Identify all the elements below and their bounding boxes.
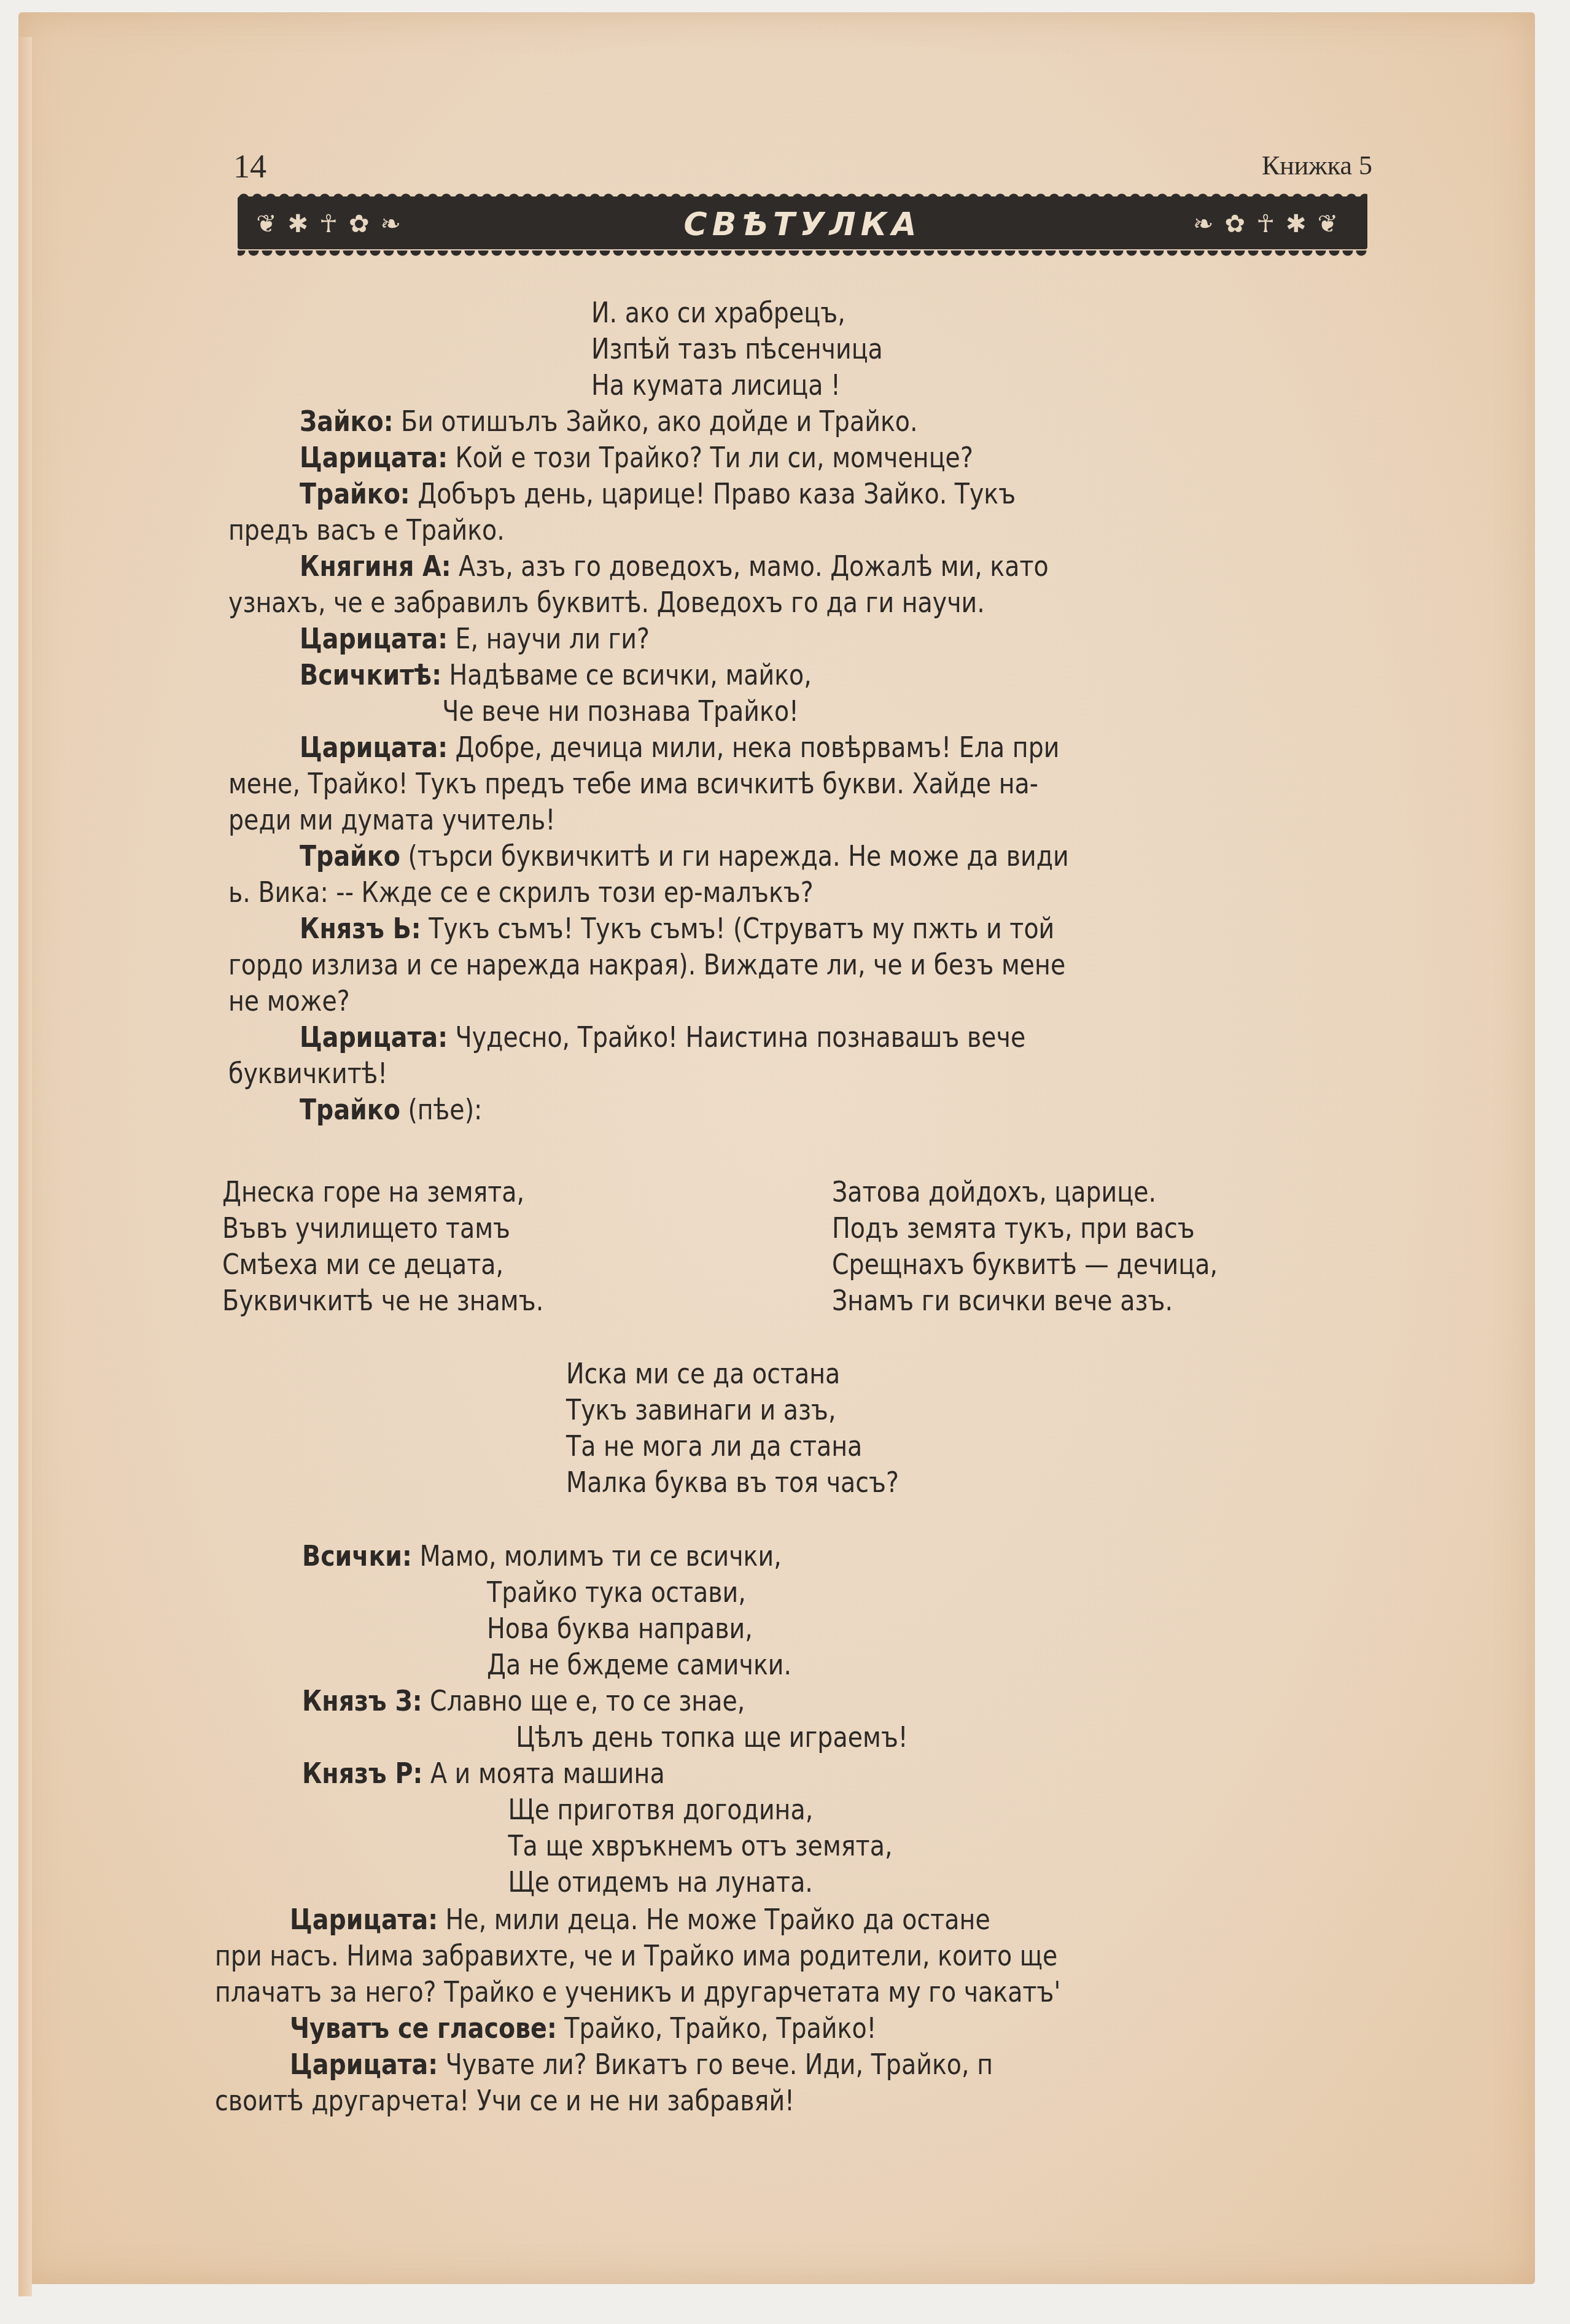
dialogue-line: Князъ Ь: Тукъ съмъ! Тукъ съмъ! (Струватъ… xyxy=(228,911,1069,947)
dialogue-line: Царицата: Е, научи ли ги? xyxy=(228,621,1069,657)
dialogue-line: Всички: Мамо, молимъ ти се всички, xyxy=(302,1538,908,1574)
decorative-figures-icon: ❦✱☥✿❧ xyxy=(256,210,412,238)
speaker-label: Царицата: xyxy=(300,622,448,655)
dialogue-line: Княгиня А: Азъ, азъ го доведохъ, мамо. Д… xyxy=(228,548,1069,585)
speaker-label: Царицата: xyxy=(300,1020,448,1054)
speaker-label: Всичкитѣ: xyxy=(300,658,441,691)
song-center-verse: Иска ми се да остана Тукъ завинаги и азъ… xyxy=(566,1356,899,1501)
speaker-label: Царицата: xyxy=(290,1903,438,1936)
speaker-label: Всички: xyxy=(302,1539,412,1572)
dialogue-line: Царицата: Не, мили деца. Не може Трайко … xyxy=(215,1902,1060,1938)
speaker-label: Трайко: xyxy=(300,477,410,510)
masthead-banner: ❦✱☥✿❧ СВѢТУЛКА ❧✿☥✱❦ xyxy=(238,196,1367,249)
opening-verse: И. ако си храбрецъ, Изпѣй тазъ пѣсенчица… xyxy=(591,295,883,403)
page-number: 14 xyxy=(233,147,266,185)
dialogue-line: Царицата: Добре, дечица мили, нека повѣр… xyxy=(228,729,1069,766)
speaker-label: Князъ Р: xyxy=(302,1757,422,1790)
dialogue-line: Трайко (търси буквичкитѣ и ги нарежда. Н… xyxy=(228,838,1069,874)
song-left-column: Днеска горе на земята, Въвъ училището та… xyxy=(222,1174,543,1319)
dialogue-line: Чуватъ се гласове: Трайко, Трайко, Трайк… xyxy=(215,2010,1060,2046)
dialogue-block-1: Зайко: Би отишълъ Зайко, ако дойде и Тра… xyxy=(228,403,1069,1128)
speaker-label: Царицата: xyxy=(300,731,448,764)
song-right-column: Затова дойдохъ, царице. Подъ земята тукъ… xyxy=(832,1174,1218,1319)
speaker-label: Трайко xyxy=(300,1093,400,1126)
issue-label: Книжка 5 xyxy=(1262,150,1372,181)
dialogue-line: Трайко: Добъръ день, царице! Право каза … xyxy=(228,476,1069,512)
dialogue-line: Царицата: Чудесно, Трайко! Наистина позн… xyxy=(228,1019,1069,1055)
speaker-label: Чуватъ се гласове: xyxy=(290,2011,557,2045)
speaker-label: Царицата: xyxy=(290,2048,438,2081)
dialogue-line: Князъ З: Славно ще е, то се знае, xyxy=(302,1683,908,1719)
dialogue-line: Царицата: Чувате ли? Викатъ го вече. Иди… xyxy=(215,2046,1060,2083)
dialogue-line: Трайко (пѣе): xyxy=(228,1092,1069,1128)
dialogue-block-3: Царицата: Не, мили деца. Не може Трайко … xyxy=(215,1902,1060,2119)
speaker-label: Князъ З: xyxy=(302,1684,422,1717)
dialogue-line: Царицата: Кой е този Трайко? Ти ли си, м… xyxy=(228,440,1069,476)
decorative-figures-icon: ❧✿☥✱❦ xyxy=(1193,210,1349,238)
speaker-label: Князъ Ь: xyxy=(300,912,421,945)
dialogue-line: Всичкитѣ: Надѣваме се всички, майко, xyxy=(228,657,1069,693)
page-fold-edge xyxy=(18,37,32,2296)
masthead-title: СВѢТУЛКА xyxy=(684,206,922,243)
speaker-label: Царицата: xyxy=(300,441,448,474)
speaker-label: Зайко: xyxy=(300,405,393,438)
speaker-label: Княгиня А: xyxy=(300,550,451,583)
speaker-label: Трайко xyxy=(300,839,400,872)
dialogue-line: Зайко: Би отишълъ Зайко, ако дойде и Тра… xyxy=(228,403,1069,440)
dialogue-block-2: Всички: Мамо, молимъ ти се всички, Трайк… xyxy=(302,1538,908,1900)
dialogue-line: Князъ Р: А и моята машина xyxy=(302,1755,908,1792)
